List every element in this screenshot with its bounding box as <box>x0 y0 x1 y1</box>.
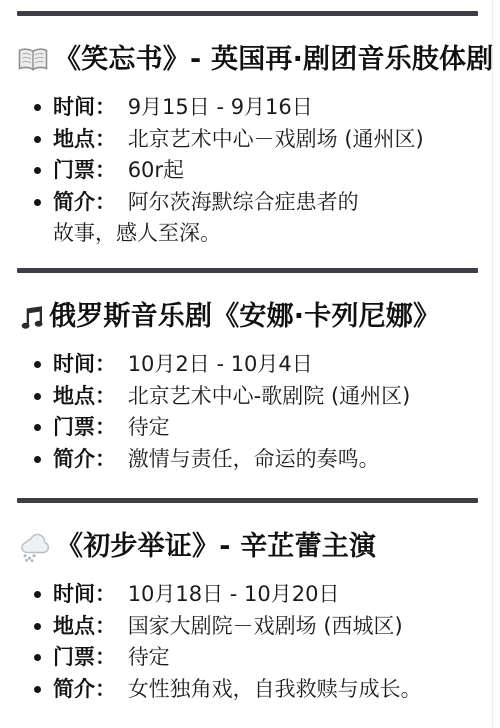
bullet-dot <box>34 456 41 463</box>
detail-item-time: 时间： 9月15日 - 9月16日 <box>53 92 473 124</box>
bullet-dot <box>34 623 41 630</box>
detail-label: 门票： <box>53 158 116 182</box>
bullet-dot <box>34 199 41 206</box>
bullet-dot <box>34 393 41 400</box>
bullet-dot <box>34 654 41 661</box>
event-title: 《初步举证》- 辛芷蕾主演 <box>56 530 376 564</box>
detail-item-time: 时间： 10月2日 - 10月4日 <box>53 349 473 381</box>
detail-value: 北京艺术中心-歌剧院 (通州区) <box>128 384 411 408</box>
detail-value: 60r起 <box>128 158 184 182</box>
detail-value: 10月2日 - 10月4日 <box>128 352 313 376</box>
event-details-list: 时间： 10月18日 - 10月20日 地点： 国家大剧院－戏剧场 (西城区) … <box>0 579 500 705</box>
bullet-dot <box>34 167 41 174</box>
detail-value: 待定 <box>128 415 170 439</box>
bullet-dot <box>34 104 41 111</box>
event-section-3: 《初步举证》- 辛芷蕾主演 时间： 10月18日 - 10月20日 地点： 国家… <box>0 498 500 705</box>
event-title-row: 《初步举证》- 辛芷蕾主演 <box>17 530 500 564</box>
event-title-row: 《笑忘书》- 英国再·剧团音乐肢体剧 <box>17 43 500 77</box>
section-divider <box>17 498 478 503</box>
detail-label: 时间： <box>53 352 116 376</box>
detail-label: 地点： <box>53 384 116 408</box>
bullet-dot <box>34 136 41 143</box>
detail-item-intro: 简介： 激情与责任，命运的奏鸣。 <box>53 444 473 476</box>
detail-value-line2: 故事，感人至深。 <box>53 218 473 250</box>
detail-value: 待定 <box>128 645 170 669</box>
detail-label: 简介： <box>53 447 116 471</box>
detail-value: 9月15日 - 9月16日 <box>128 95 313 119</box>
detail-label: 地点： <box>53 614 116 638</box>
snow-cloud-icon <box>17 532 51 562</box>
detail-label: 时间： <box>53 582 116 606</box>
section-divider <box>17 11 478 16</box>
event-title: 《笑忘书》- 英国再·剧团音乐肢体剧 <box>54 43 493 77</box>
detail-item-ticket: 门票： 待定 <box>53 412 473 444</box>
detail-value: 阿尔茨海默综合症患者的 <box>128 190 359 214</box>
bullet-dot <box>34 424 41 431</box>
detail-label: 简介： <box>53 677 116 701</box>
detail-value: 女性独角戏，自我救赎与成长。 <box>128 677 422 701</box>
detail-item-location: 地点： 北京艺术中心-歌剧院 (通州区) <box>53 381 473 413</box>
music-notes-icon <box>17 304 44 331</box>
detail-item-intro: 简介： 阿尔茨海默综合症患者的 故事，感人至深。 <box>53 187 473 250</box>
detail-label: 简介： <box>53 190 116 214</box>
event-section-2: 俄罗斯音乐剧《安娜·卡列尼娜》 时间： 10月2日 - 10月4日 地点： 北京… <box>0 268 500 475</box>
event-details-list: 时间： 9月15日 - 9月16日 地点： 北京艺术中心－戏剧场 (通州区) 门… <box>0 92 500 250</box>
bullet-dot <box>34 686 41 693</box>
detail-value: 10月18日 - 10月20日 <box>128 582 340 606</box>
detail-label: 时间： <box>53 95 116 119</box>
open-book-icon <box>17 47 49 74</box>
events-page: 《笑忘书》- 英国再·剧团音乐肢体剧 时间： 9月15日 - 9月16日 地点：… <box>0 0 500 728</box>
detail-value: 北京艺术中心－戏剧场 (通州区) <box>128 127 424 151</box>
detail-item-intro: 简介： 女性独角戏，自我救赎与成长。 <box>53 674 473 706</box>
detail-label: 地点： <box>53 127 116 151</box>
detail-value: 激情与责任，命运的奏鸣。 <box>128 447 380 471</box>
detail-label: 门票： <box>53 415 116 439</box>
detail-item-location: 地点： 北京艺术中心－戏剧场 (通州区) <box>53 124 473 156</box>
detail-item-ticket: 门票： 待定 <box>53 642 473 674</box>
event-details-list: 时间： 10月2日 - 10月4日 地点： 北京艺术中心-歌剧院 (通州区) 门… <box>0 349 500 475</box>
detail-item-ticket: 门票： 60r起 <box>53 155 473 187</box>
detail-value: 国家大剧院－戏剧场 (西城区) <box>128 614 403 638</box>
section-divider <box>17 268 478 273</box>
detail-label: 门票： <box>53 645 116 669</box>
event-title: 俄罗斯音乐剧《安娜·卡列尼娜》 <box>49 300 440 334</box>
detail-item-location: 地点： 国家大剧院－戏剧场 (西城区) <box>53 611 473 643</box>
bullet-dot <box>34 591 41 598</box>
event-section-1: 《笑忘书》- 英国再·剧团音乐肢体剧 时间： 9月15日 - 9月16日 地点：… <box>0 11 500 250</box>
event-title-row: 俄罗斯音乐剧《安娜·卡列尼娜》 <box>17 300 500 334</box>
detail-item-time: 时间： 10月18日 - 10月20日 <box>53 579 473 611</box>
bullet-dot <box>34 361 41 368</box>
